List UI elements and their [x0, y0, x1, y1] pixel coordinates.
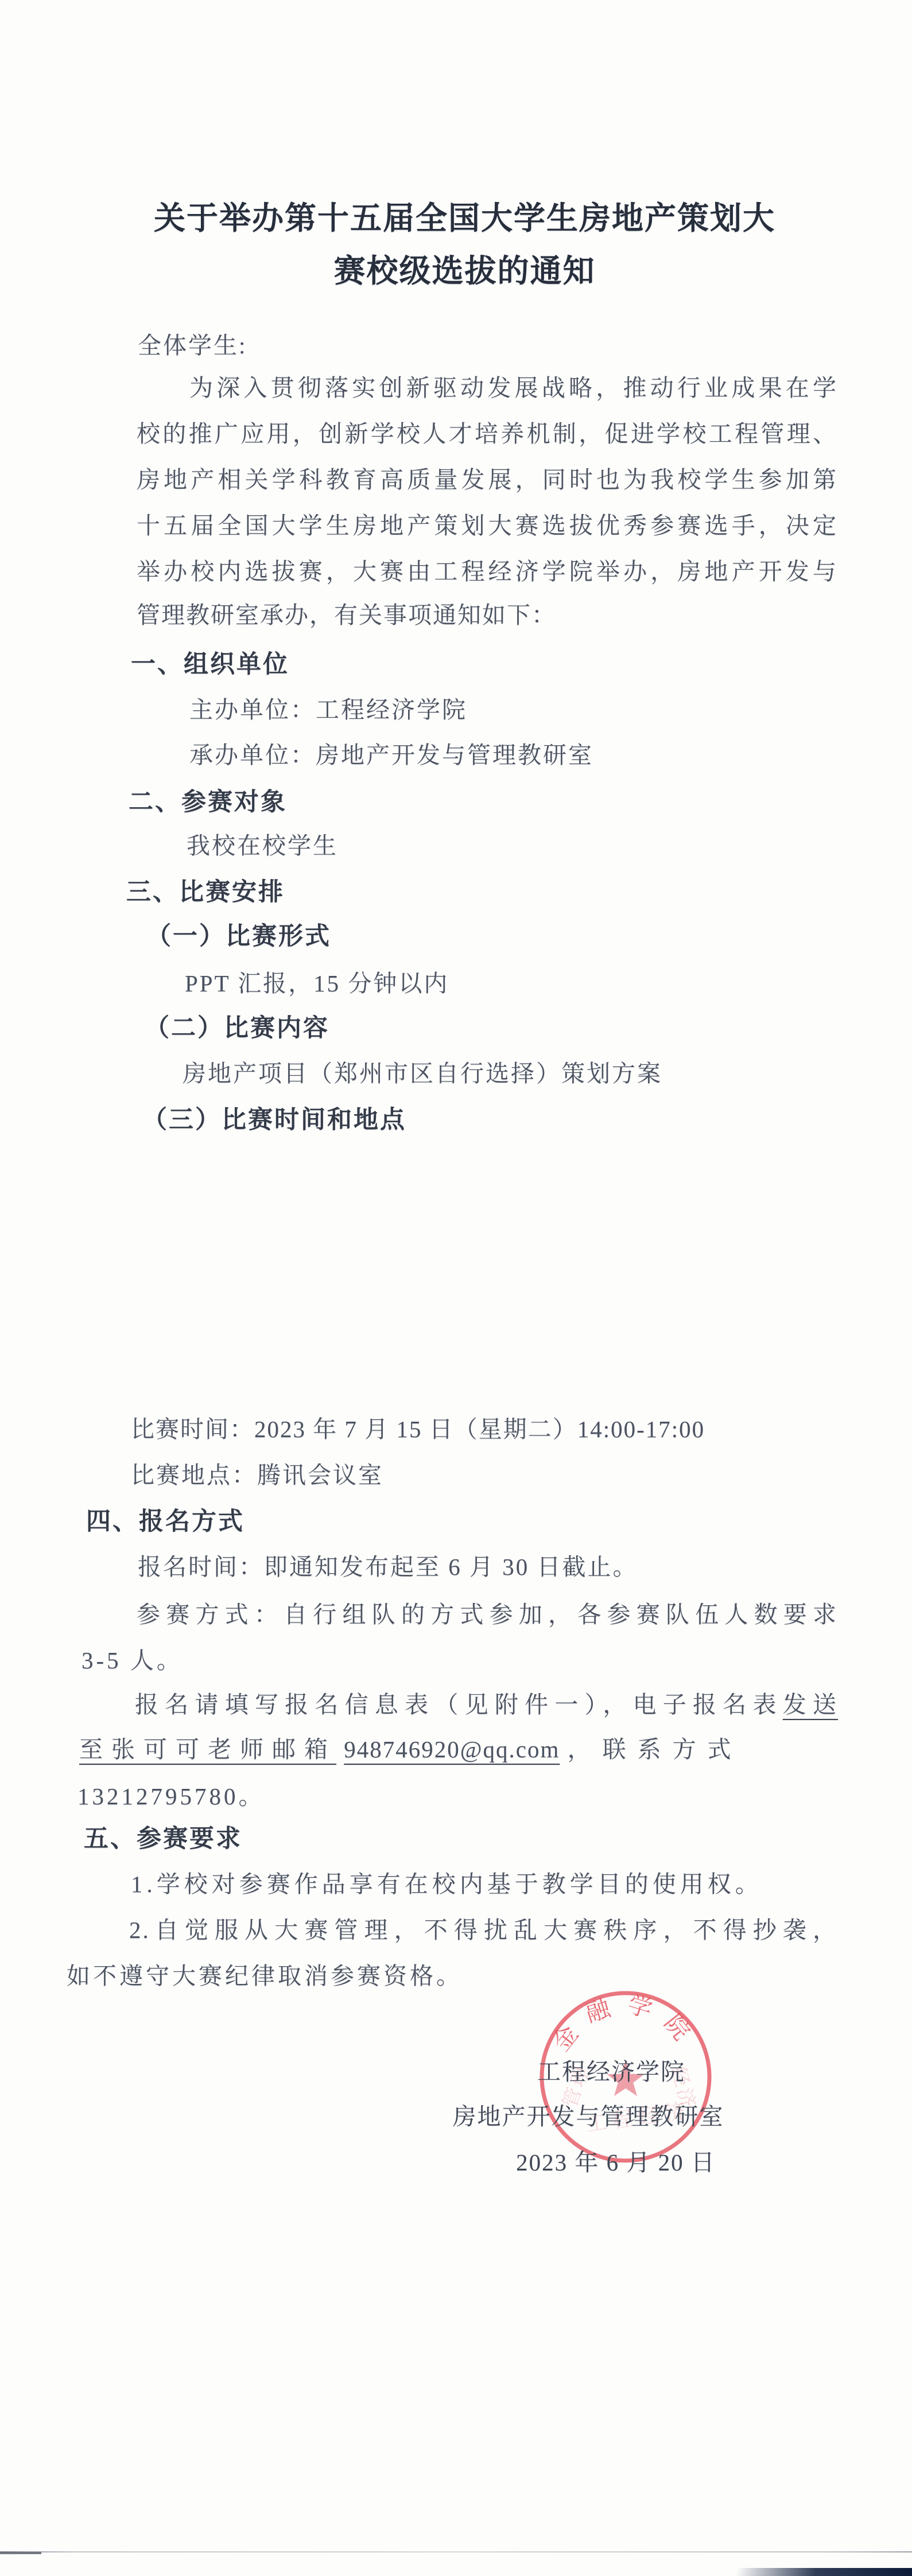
competition-content-line: 房地产项目（郑州市区自行选择）策划方案 [183, 1060, 662, 1088]
scanned-notice-page: 关于举办第十五届全国大学生房地产策划大 赛校级选拔的通知 全体学生: 为深入贯彻… [0, 0, 912, 2576]
section-heading-4: 四、报名方式 [86, 1507, 245, 1537]
intro-line: 举办校内选拔赛，大赛由工程经济学院举办，房地产开发与 [137, 558, 838, 586]
signup-deadline-line: 报名时间：即通知发布起至 6 月 30 日截止。 [138, 1553, 638, 1581]
document-title-line2: 赛校级选拔的通知 [17, 252, 912, 290]
subsection-heading-3-3: （三）比赛时间和地点 [142, 1106, 406, 1135]
section-heading-1: 一、组织单位 [131, 650, 289, 680]
participants-line: 我校在校学生 [187, 832, 338, 860]
signature-org-1: 工程经济学院 [496, 2053, 726, 2087]
section-heading-3: 三、比赛安排 [126, 878, 285, 908]
team-size-line: 3-5 人。 [82, 1647, 183, 1675]
signup-form-text: 报名请填写报名信息表（见附件一），电子报名表 [135, 1691, 783, 1718]
signup-email-line: 至张可可老师邮箱 948746920@qq.com ，联系方式 [79, 1736, 743, 1764]
email-address-text: 948746920@qq.com [344, 1736, 560, 1762]
signature-org-2: 房地产开发与管理教研室 [445, 2098, 732, 2131]
signup-form-line: 报名请填写报名信息表（见附件一），电子报名表发送 [135, 1691, 838, 1719]
scan-artifact-line [0, 2551, 912, 2552]
signup-form-underlined-text: 发送 [783, 1691, 838, 1718]
host-unit-line: 主办单位：工程经济学院 [189, 696, 467, 724]
subsection-heading-3-1: （一）比赛形式 [146, 922, 331, 952]
section-heading-2: 二、参赛对象 [129, 788, 287, 818]
organizer-unit-line: 承办单位：房地产开发与管理教研室 [189, 741, 593, 769]
email-recipient-text: 至张可可老师邮箱 [79, 1736, 336, 1762]
signature-date: 2023 年 6 月 20 日 [501, 2143, 731, 2177]
document-title-line1: 关于举办第十五届全国大学生房地产策划大 [17, 200, 912, 238]
team-requirement-line: 参赛方式：自行组队的方式参加，各参赛队伍人数要求 [137, 1601, 838, 1629]
intro-line: 房地产相关学科教育高质量发展，同时也为我校学生参加第 [137, 466, 838, 494]
contact-phone-line: 13212795780。 [77, 1783, 265, 1811]
rule-2-line: 2.自觉服从大赛管理，不得扰乱大赛秩序，不得抄袭， [129, 1916, 838, 1944]
competition-time-line: 比赛时间：2023 年 7 月 15 日（星期二）14:00-17:00 [131, 1415, 705, 1443]
intro-line: 管理教研室承办，有关事项通知如下： [137, 601, 556, 629]
rule-2-continuation-line: 如不遵守大赛纪律取消参赛资格。 [67, 1962, 463, 1990]
contact-label-text: ，联系方式 [568, 1736, 743, 1762]
intro-line: 十五届全国大学生房地产策划大赛选拔优秀参赛选手，决定 [137, 512, 838, 540]
competition-format-line: PPT 汇报，15 分钟以内 [185, 970, 449, 998]
seal-arc-text: 金融学院 [548, 1991, 703, 2056]
competition-venue-line: 比赛地点：腾讯会议室 [131, 1461, 383, 1489]
rule-1-line: 1.学校对参赛作品享有在校内基于教学目的使用权。 [131, 1870, 763, 1898]
intro-line: 为深入贯彻落实创新驱动发展战略，推动行业成果在学 [189, 374, 838, 402]
subsection-heading-3-2: （二）比赛内容 [145, 1014, 329, 1044]
section-heading-5: 五、参赛要求 [84, 1824, 242, 1854]
scan-artifact-corner-smudge [736, 2568, 912, 2576]
scan-artifact-line-left [0, 2552, 41, 2554]
intro-line: 校的推广应用，创新学校人才培养机制，促进学校工程管理、 [137, 420, 838, 448]
salutation: 全体学生: [138, 332, 247, 360]
